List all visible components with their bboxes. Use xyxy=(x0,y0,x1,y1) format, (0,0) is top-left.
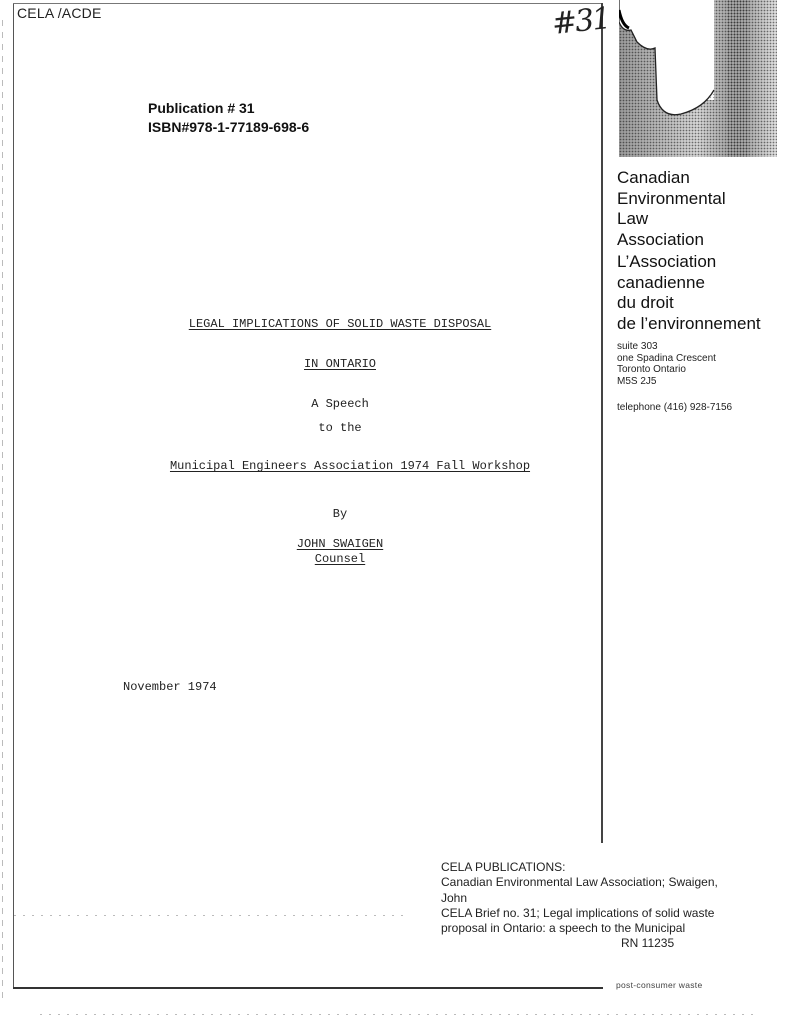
handwritten-number: #31 xyxy=(550,1,611,42)
address-line: Toronto Ontario xyxy=(617,364,716,376)
address-line: suite 303 xyxy=(617,341,716,353)
frame-border-bottom xyxy=(13,987,603,989)
scan-noise-row xyxy=(14,915,409,916)
org-name-french: L’Association canadienne du droit de l’e… xyxy=(617,252,761,334)
title-text: LEGAL IMPLICATIONS OF SOLID WASTE DISPOS… xyxy=(189,317,491,331)
catalog-line: Canadian Environmental Law Association; … xyxy=(441,875,786,890)
frame-border-top xyxy=(13,3,601,4)
author-name: JOHN SWAIGEN xyxy=(140,537,540,551)
catalog-heading: CELA PUBLICATIONS: xyxy=(441,860,786,875)
title-text: IN ONTARIO xyxy=(304,357,376,371)
scan-noise-row xyxy=(40,1014,760,1015)
author-text: JOHN SWAIGEN xyxy=(297,537,383,551)
collection-code: CELA /ACDE xyxy=(17,5,101,21)
org-name-line: du droit xyxy=(617,293,761,314)
column-divider xyxy=(601,3,603,843)
org-name-line: Law xyxy=(617,209,726,230)
role-text: Counsel xyxy=(315,552,365,566)
catalog-line: proposal in Ontario: a speech to the Mun… xyxy=(441,921,786,936)
org-name-english: Canadian Environmental Law Association xyxy=(617,168,726,250)
org-name-line: canadienne xyxy=(617,273,761,294)
recycled-note: post-consumer waste xyxy=(616,980,702,990)
org-telephone: telephone (416) 928-7156 xyxy=(617,402,732,413)
catalog-note: CELA PUBLICATIONS: Canadian Environmenta… xyxy=(441,860,786,936)
org-name-line: Canadian xyxy=(617,168,726,189)
org-name-line: de l’environnement xyxy=(617,314,761,335)
org-name-line: Association xyxy=(617,230,726,251)
record-number: RN 11235 xyxy=(621,936,674,950)
subtitle-line-1: A Speech xyxy=(140,397,540,411)
org-name-line: Environmental xyxy=(617,189,726,210)
event-name: Municipal Engineers Association 1974 Fal… xyxy=(140,459,560,473)
title-line-1: LEGAL IMPLICATIONS OF SOLID WASTE DISPOS… xyxy=(140,317,540,331)
document-date: November 1974 xyxy=(123,680,217,694)
subtitle-line-2: to the xyxy=(140,421,540,435)
catalog-line: John xyxy=(441,891,786,906)
org-address: suite 303 one Spadina Crescent Toronto O… xyxy=(617,341,716,387)
isbn: ISBN#978-1-77189-698-6 xyxy=(148,118,309,137)
address-line: one Spadina Crescent xyxy=(617,353,716,365)
scan-edge xyxy=(2,20,3,1000)
address-line: M5S 2J5 xyxy=(617,376,716,388)
catalog-line: CELA Brief no. 31; Legal implications of… xyxy=(441,906,786,921)
publication-number: Publication # 31 xyxy=(148,99,309,118)
org-name-line: L’Association xyxy=(617,252,761,273)
title-line-2: IN ONTARIO xyxy=(140,357,540,371)
event-text: Municipal Engineers Association 1974 Fal… xyxy=(170,459,530,473)
by-label: By xyxy=(140,507,540,521)
frame-border-left xyxy=(13,3,14,988)
author-role: Counsel xyxy=(140,552,540,566)
cela-logo-icon xyxy=(619,0,777,157)
publication-info: Publication # 31 ISBN#978-1-77189-698-6 xyxy=(148,99,309,137)
